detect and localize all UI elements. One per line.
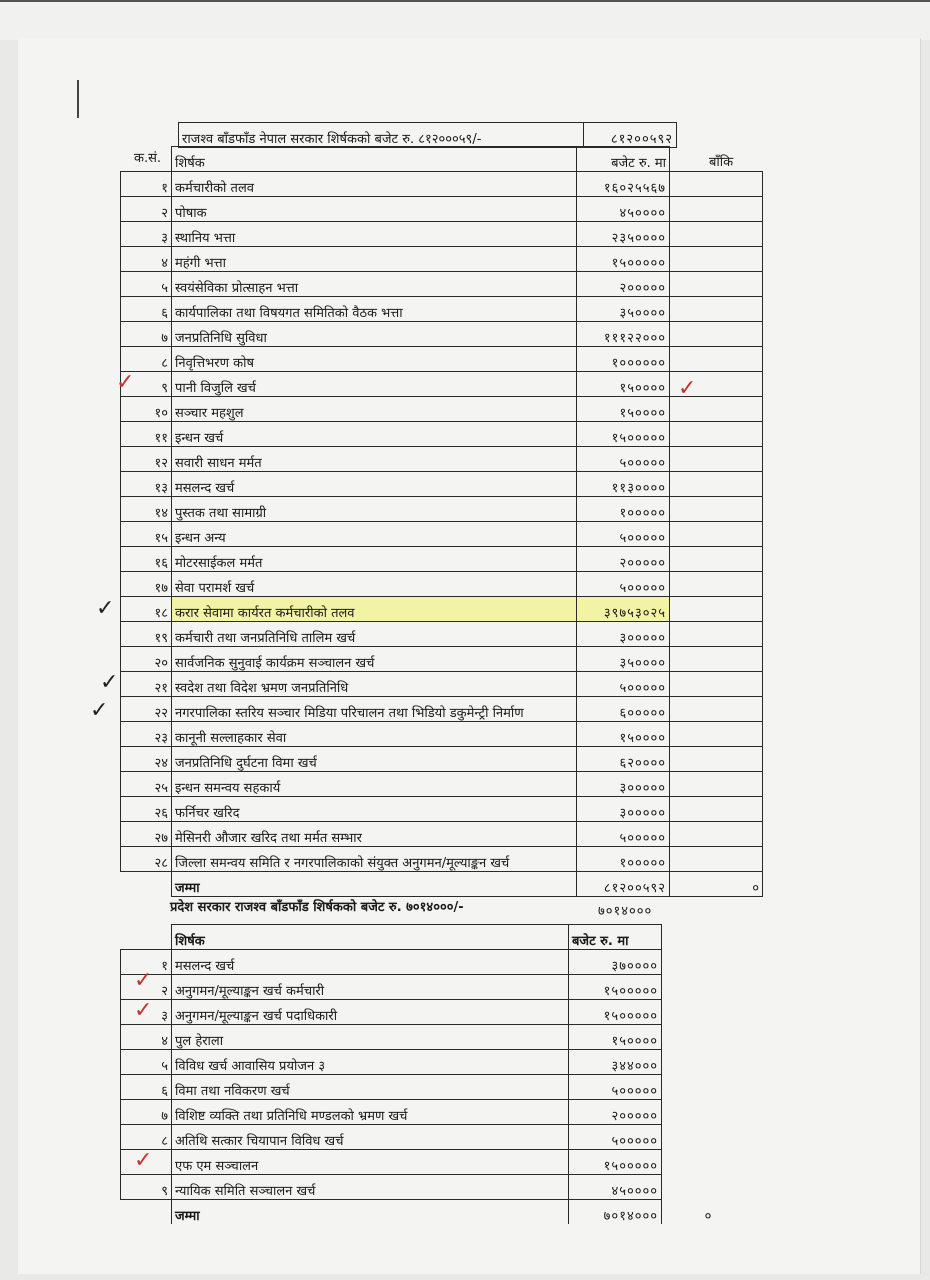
row-title: कार्यपालिका तथा विषयगत समितिको वैठक भत्त… — [172, 297, 577, 322]
row-serial: ७ — [121, 1100, 172, 1125]
row-title: अनुगमन/मूल्याङ्कन खर्च पदाधिकारी — [172, 1000, 569, 1025]
table-row: २२नगरपालिका स्तरिय सञ्चार मिडिया परिचालन… — [121, 697, 763, 722]
row-title: करार सेवामा कार्यरत कर्मचारीको तलव — [172, 597, 577, 622]
table-row: ८निवृत्तिभरण कोष१०००००० — [121, 347, 763, 372]
header-blank — [121, 925, 172, 950]
row-serial: ३ — [121, 222, 172, 247]
row-amount: ५००००० — [577, 447, 670, 472]
row-serial: ८ — [121, 1125, 172, 1150]
row-balance — [670, 497, 763, 522]
row-amount: ५००००० — [569, 1125, 662, 1150]
row-balance — [670, 647, 763, 672]
row-title: मोटरसाईकल मर्मत — [172, 547, 577, 572]
row-amount: ३७०००० — [569, 950, 662, 975]
row-serial: २२ — [121, 697, 172, 722]
row-amount: ३९७५३०२५ — [577, 597, 670, 622]
row-serial: १६ — [121, 547, 172, 572]
col-title-header: शिर्षक — [172, 147, 577, 172]
total-balance: ० — [670, 872, 763, 897]
table-row: १०सञ्चार महशुल१५०००० — [121, 397, 763, 422]
table-row: १५इन्धन अन्य५००००० — [121, 522, 763, 547]
table-row: ८अतिथि सत्कार चियापान विविध खर्च५००००० — [121, 1125, 755, 1150]
row-balance — [670, 572, 763, 597]
row-serial: २५ — [121, 772, 172, 797]
row-amount: १००००० — [577, 847, 670, 872]
row-balance — [670, 772, 763, 797]
row-serial: २३ — [121, 722, 172, 747]
check-mark-icon: ✓ — [90, 700, 108, 722]
col-title-header: शिर्षक — [172, 925, 569, 950]
row-amount: ६२०००० — [577, 747, 670, 772]
row-amount: २००००० — [577, 547, 670, 572]
row-balance — [670, 797, 763, 822]
row-title: महंगी भत्ता — [172, 247, 577, 272]
row-amount: १५००००० — [577, 422, 670, 447]
row-balance — [670, 822, 763, 847]
row-title: निवृत्तिभरण कोष — [172, 347, 577, 372]
row-title: मेसिनरी औजार खरिद तथा मर्मत सम्भार — [172, 822, 577, 847]
row-balance — [670, 847, 763, 872]
row-title: पानी विजुलि खर्च — [172, 372, 577, 397]
total-label: जम्मा — [172, 1200, 569, 1225]
row-balance — [670, 247, 763, 272]
row-balance — [670, 722, 763, 747]
table-row: ९न्यायिक समिति सञ्चालन खर्च४५०००० — [121, 1175, 755, 1200]
row-amount: ५००००० — [577, 672, 670, 697]
table-row: १४पुस्तक तथा सामाग्री१००००० — [121, 497, 763, 522]
row-amount: २००००० — [577, 272, 670, 297]
row-title: जनप्रतिनिधि सुविधा — [172, 322, 577, 347]
row-balance — [670, 172, 763, 197]
row-title: कर्मचारी तथा जनप्रतिनिधि तालिम खर्च — [172, 622, 577, 647]
check-mark-icon: ✓ — [134, 970, 152, 992]
row-serial: १९ — [121, 622, 172, 647]
row-serial: ११ — [121, 422, 172, 447]
table-row: ७विशिष्ट व्यक्ति तथा प्रतिनिधि मण्डलको भ… — [121, 1100, 755, 1125]
row-amount: ३००००० — [577, 797, 670, 822]
table-row: २४जनप्रतिनिधि दुर्घटना विमा खर्च६२०००० — [121, 747, 763, 772]
table-row: १२सवारी साधन मर्मत५००००० — [121, 447, 763, 472]
row-amount: १६०२५५६७ — [577, 172, 670, 197]
table-row: ३स्थानिय भत्ता२३५०००० — [121, 222, 763, 247]
row-serial: ४ — [121, 1025, 172, 1050]
row-serial: २१ — [121, 672, 172, 697]
check-mark-icon: ✓ — [116, 372, 134, 394]
row-balance — [670, 297, 763, 322]
header-blank — [670, 147, 763, 172]
row-amount: १११२२००० — [577, 322, 670, 347]
row-serial: २ — [121, 197, 172, 222]
table-row: २६फर्निचर खरिद३००००० — [121, 797, 763, 822]
row-amount: २००००० — [569, 1100, 662, 1125]
row-title: अनुगमन/मूल्याङ्कन खर्च कर्मचारी — [172, 975, 569, 1000]
table-row: २अनुगमन/मूल्याङ्कन खर्च कर्मचारी१५००००० — [121, 975, 755, 1000]
row-amount: ५००००० — [577, 822, 670, 847]
row-serial: ४ — [121, 247, 172, 272]
row-title: सेवा परामर्श खर्च — [172, 572, 577, 597]
row-title: जनप्रतिनिधि दुर्घटना विमा खर्च — [172, 747, 577, 772]
row-serial: ७ — [121, 322, 172, 347]
row-balance — [670, 747, 763, 772]
row-serial: २६ — [121, 797, 172, 822]
row-amount: २३५०००० — [577, 222, 670, 247]
table-row: २७मेसिनरी औजार खरिद तथा मर्मत सम्भार५०००… — [121, 822, 763, 847]
total-blank — [121, 872, 172, 897]
table-row: ५विविध खर्च आवासिय प्रयोजन ३३४४००० — [121, 1050, 755, 1075]
row-amount: १५०००० — [569, 1025, 662, 1050]
row-title: एफ एम सञ्चालन — [172, 1150, 569, 1175]
row-balance — [670, 197, 763, 222]
section2-heading-amount: ७०१४००० — [598, 901, 652, 919]
row-title: पुल हेराला — [172, 1025, 569, 1050]
table-row: १३मसलन्द खर्च११३०००० — [121, 472, 763, 497]
row-serial: १ — [121, 172, 172, 197]
header-blank — [121, 147, 172, 172]
row-title: फर्निचर खरिद — [172, 797, 577, 822]
total-amount: ८१२००५९२ — [577, 872, 670, 897]
table-row: १९कर्मचारी तथा जनप्रतिनिधि तालिम खर्च३००… — [121, 622, 763, 647]
row-serial: २८ — [121, 847, 172, 872]
row-balance — [670, 622, 763, 647]
row-amount: १५०००० — [577, 397, 670, 422]
table-header-row: शिर्षकबजेट रु. मा — [121, 147, 763, 172]
row-serial: १४ — [121, 497, 172, 522]
table-row: १मसलन्द खर्च३७०००० — [121, 950, 755, 975]
row-title: मसलन्द खर्च — [172, 950, 569, 975]
row-serial: ९ — [121, 1175, 172, 1200]
table-row: १८करार सेवामा कार्यरत कर्मचारीको तलव३९७५… — [121, 597, 763, 622]
row-amount: ४५०००० — [577, 197, 670, 222]
row-serial: १८ — [121, 597, 172, 622]
row-serial: १३ — [121, 472, 172, 497]
check-mark-icon: ✓ — [96, 598, 114, 620]
row-amount: ३००००० — [577, 772, 670, 797]
row-serial: ५ — [121, 1050, 172, 1075]
row-title: इन्धन खर्च — [172, 422, 577, 447]
row-amount: १५००००० — [569, 1150, 662, 1175]
table-row: २पोषाक४५०००० — [121, 197, 763, 222]
row-amount: ५००००० — [569, 1075, 662, 1100]
row-title: इन्धन अन्य — [172, 522, 577, 547]
table-row: २३कानूनी सल्लाहकार सेवा१५०००० — [121, 722, 763, 747]
staple-mark — [77, 80, 79, 118]
total-amount: ७०१४००० — [569, 1200, 662, 1225]
table-row: ४महंगी भत्ता१५००००० — [121, 247, 763, 272]
row-serial: १० — [121, 397, 172, 422]
row-amount: १०००००० — [577, 347, 670, 372]
row-balance — [670, 272, 763, 297]
check-mark-icon: ✓ — [678, 378, 696, 400]
table-row: २०सार्वजनिक सुनुवाई कार्यक्रम सञ्चालन खर… — [121, 647, 763, 672]
col-budget-header: बजेट रु. मा — [577, 147, 670, 172]
row-serial: ६ — [121, 1075, 172, 1100]
row-title: नगरपालिका स्तरिय सञ्चार मिडिया परिचालन त… — [172, 697, 577, 722]
row-balance — [670, 472, 763, 497]
row-balance — [670, 222, 763, 247]
row-amount: ३५०००० — [577, 647, 670, 672]
col-budget-header: बजेट रु. मा — [569, 925, 662, 950]
row-balance — [670, 597, 763, 622]
row-amount: ६००००० — [577, 697, 670, 722]
table-row: २१स्वदेश तथा विदेश भ्रमण जनप्रतिनिधि५०००… — [121, 672, 763, 697]
total-blank — [121, 1200, 172, 1225]
table-row: ५स्वयंसेविका प्रोत्साहन भत्ता२००००० — [121, 272, 763, 297]
section1-budget-table: शिर्षकबजेट रु. मा१कर्मचारीको तलव१६०२५५६७… — [120, 146, 763, 897]
row-amount: ३४४००० — [569, 1050, 662, 1075]
row-serial: २७ — [121, 822, 172, 847]
table-row: ६विमा तथा नविकरण खर्च५००००० — [121, 1075, 755, 1100]
table-row: १कर्मचारीको तलव१६०२५५६७ — [121, 172, 763, 197]
table-row: ३अनुगमन/मूल्याङ्कन खर्च पदाधिकारी१५००००० — [121, 1000, 755, 1025]
row-title: न्यायिक समिति सञ्चालन खर्च — [172, 1175, 569, 1200]
row-balance — [670, 522, 763, 547]
section2-heading: प्रदेश सरकार राजश्व बाँडफाँड शिर्षकको बज… — [170, 897, 464, 915]
table-row: ४पुल हेराला१५०००० — [121, 1025, 755, 1050]
row-title: विमा तथा नविकरण खर्च — [172, 1075, 569, 1100]
table-row: एफ एम सञ्चालन१५००००० — [121, 1150, 755, 1175]
row-title: सञ्चार महशुल — [172, 397, 577, 422]
total-balance: ० — [662, 1200, 755, 1225]
row-serial: १२ — [121, 447, 172, 472]
row-serial: १५ — [121, 522, 172, 547]
section1-heading-box: राजश्व बाँडफाँड नेपाल सरकार शिर्षकको बजे… — [178, 122, 677, 148]
row-amount: ४५०००० — [569, 1175, 662, 1200]
total-row: जम्मा८१२००५९२० — [121, 872, 763, 897]
row-amount: १५००००० — [569, 1000, 662, 1025]
row-title: स्थानिय भत्ता — [172, 222, 577, 247]
row-title: मसलन्द खर्च — [172, 472, 577, 497]
row-serial: १७ — [121, 572, 172, 597]
total-row: जम्मा७०१४०००० — [121, 1200, 755, 1225]
check-mark-icon: ✓ — [134, 1150, 152, 1172]
row-balance — [670, 447, 763, 472]
row-amount: १५०००० — [577, 722, 670, 747]
check-mark-icon: ✓ — [100, 672, 118, 694]
row-balance — [670, 672, 763, 697]
row-amount: ५००००० — [577, 572, 670, 597]
row-amount: ३५०००० — [577, 297, 670, 322]
row-serial: २४ — [121, 747, 172, 772]
row-title: जिल्ला समन्वय समिति र नगरपालिकाको संयुक्… — [172, 847, 577, 872]
row-title: विविध खर्च आवासिय प्रयोजन ३ — [172, 1050, 569, 1075]
row-serial: ६ — [121, 297, 172, 322]
row-amount: १५००००० — [569, 975, 662, 1000]
row-title: इन्धन समन्वय सहकार्य — [172, 772, 577, 797]
total-label: जम्मा — [172, 872, 577, 897]
table-row: ६कार्यपालिका तथा विषयगत समितिको वैठक भत्… — [121, 297, 763, 322]
row-amount: ११३०००० — [577, 472, 670, 497]
section2-budget-table: शिर्षकबजेट रु. मा१मसलन्द खर्च३७००००२अनुग… — [120, 924, 755, 1224]
row-title: विशिष्ट व्यक्ति तथा प्रतिनिधि मण्डलको भ्… — [172, 1100, 569, 1125]
row-title: स्वदेश तथा विदेश भ्रमण जनप्रतिनिधि — [172, 672, 577, 697]
table-row: १६मोटरसाईकल मर्मत२००००० — [121, 547, 763, 572]
row-amount: १५००००० — [577, 247, 670, 272]
row-title: पुस्तक तथा सामाग्री — [172, 497, 577, 522]
table-row: ११इन्धन खर्च१५००००० — [121, 422, 763, 447]
row-balance — [670, 547, 763, 572]
row-title: कानूनी सल्लाहकार सेवा — [172, 722, 577, 747]
row-serial: २० — [121, 647, 172, 672]
scan-top-strip — [0, 0, 930, 40]
row-balance — [670, 322, 763, 347]
row-balance — [670, 697, 763, 722]
table-row: २५इन्धन समन्वय सहकार्य३००००० — [121, 772, 763, 797]
section1-heading-amount: ८१२००५९२ — [584, 123, 677, 148]
table-row: २८जिल्ला समन्वय समिति र नगरपालिकाको संयु… — [121, 847, 763, 872]
row-title: पोषाक — [172, 197, 577, 222]
table-header-row: शिर्षकबजेट रु. मा — [121, 925, 755, 950]
row-amount: ३००००० — [577, 622, 670, 647]
section1-heading: राजश्व बाँडफाँड नेपाल सरकार शिर्षकको बजे… — [179, 123, 584, 148]
row-title: अतिथि सत्कार चियापान विविध खर्च — [172, 1125, 569, 1150]
row-serial: ५ — [121, 272, 172, 297]
row-title: सवारी साधन मर्मत — [172, 447, 577, 472]
row-balance — [670, 347, 763, 372]
table-row: १७सेवा परामर्श खर्च५००००० — [121, 572, 763, 597]
row-serial: ८ — [121, 347, 172, 372]
table-row: ९पानी विजुलि खर्च१५०००० — [121, 372, 763, 397]
row-title: स्वयंसेविका प्रोत्साहन भत्ता — [172, 272, 577, 297]
row-balance — [670, 422, 763, 447]
row-amount: १५०००० — [577, 372, 670, 397]
check-mark-icon: ✓ — [134, 1000, 152, 1022]
row-amount: ५००००० — [577, 522, 670, 547]
row-title: सार्वजनिक सुनुवाई कार्यक्रम सञ्चालन खर्च — [172, 647, 577, 672]
row-title: कर्मचारीको तलव — [172, 172, 577, 197]
table-row: ७जनप्रतिनिधि सुविधा१११२२००० — [121, 322, 763, 347]
row-amount: १००००० — [577, 497, 670, 522]
